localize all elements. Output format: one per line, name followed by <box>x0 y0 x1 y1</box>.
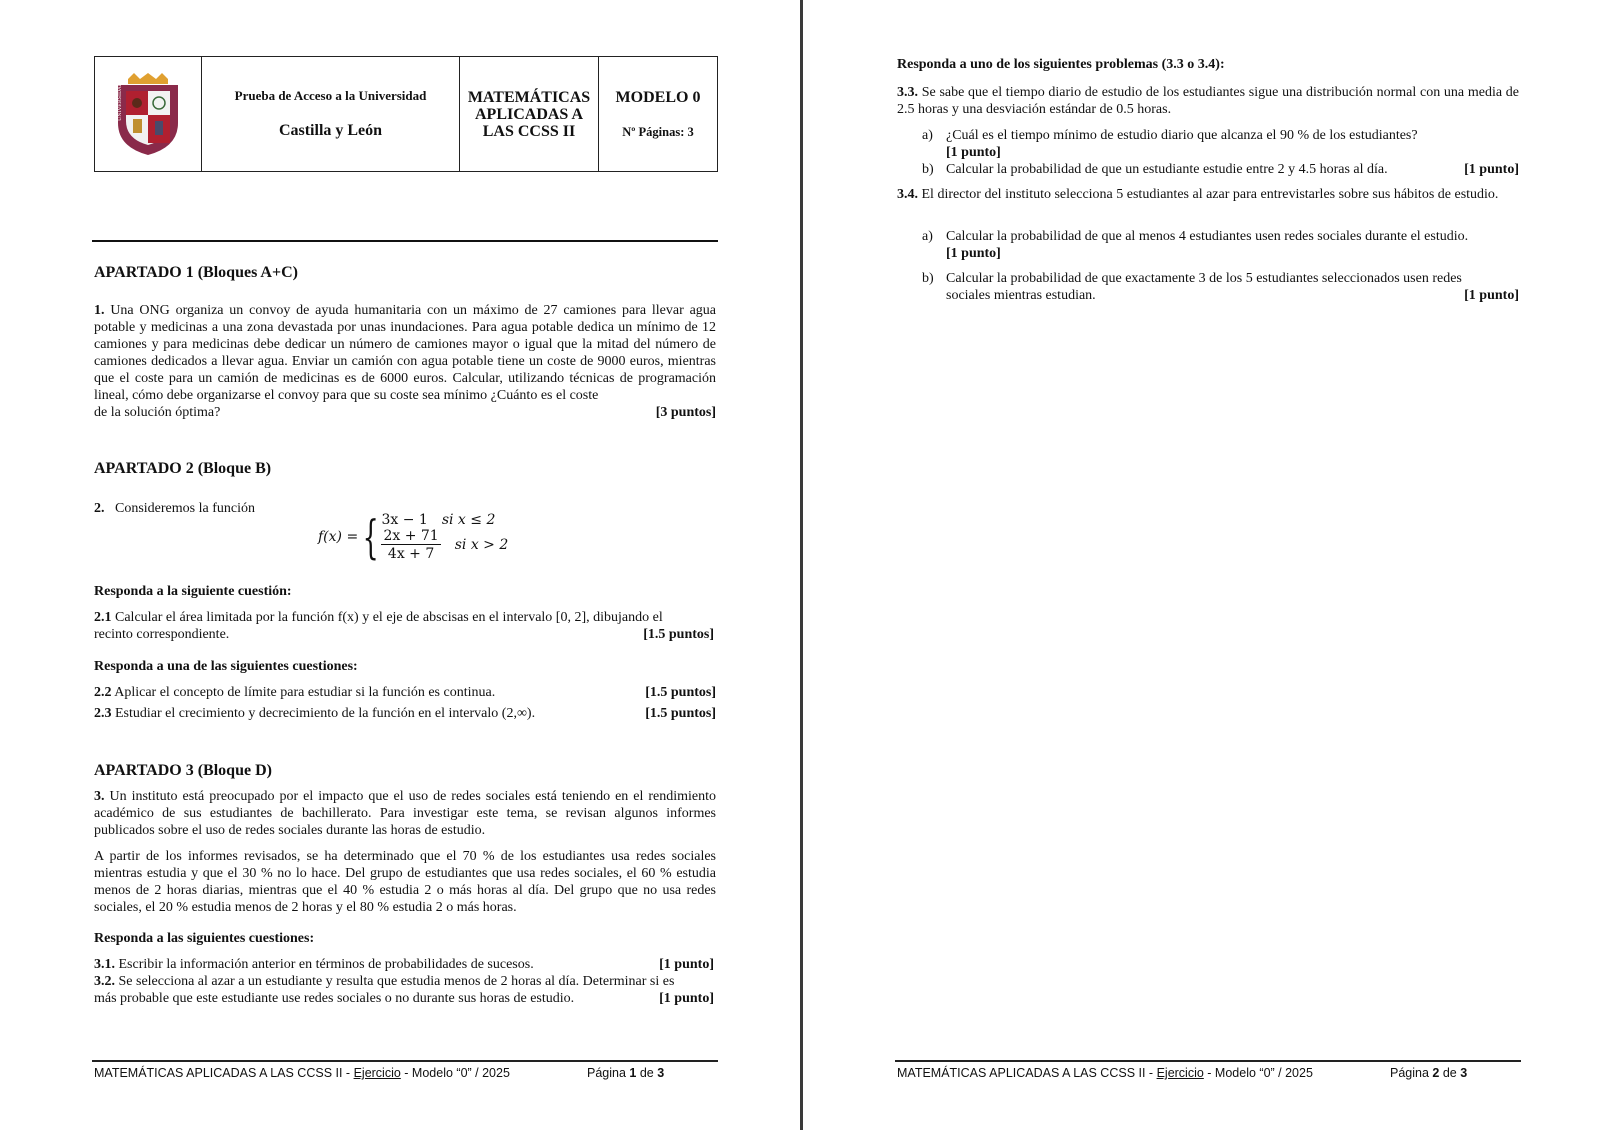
footer-page-number: Página 2 de 3 <box>1390 1066 1467 1080</box>
page-word: Página <box>1390 1066 1432 1080</box>
question-3-4: 3.4. El director del instituto seleccion… <box>897 186 1519 203</box>
question-3-3-number: 3.3. <box>897 85 918 100</box>
footer-model-year: - Modelo “0” / 2025 <box>401 1066 510 1080</box>
question-3-3-a-points: [1 punto] <box>946 145 1001 160</box>
question-3-2-text: Se selecciona al azar a un estudiante y … <box>119 974 675 989</box>
footer-model-year: - Modelo “0” / 2025 <box>1204 1066 1313 1080</box>
question-3-4-number: 3.4. <box>897 187 918 202</box>
page-word: Página <box>587 1066 629 1080</box>
instruction-answer-all: Responda a las siguientes cuestiones: <box>94 931 314 947</box>
question-3-3: 3.3. Se sabe que el tiempo diario de est… <box>897 84 1519 118</box>
page-total: 3 <box>1460 1066 1467 1080</box>
question-2-1: 2.1 Calcular el área limitada por la fun… <box>94 609 714 643</box>
instruction-answer-one-problem: Responda a uno de los siguientes problem… <box>897 57 1225 73</box>
question-3: 3. Un instituto está preocupado por el i… <box>94 788 716 839</box>
footer-subject: MATEMÁTICAS APLICADAS A LAS CCSS II - <box>897 1066 1157 1080</box>
question-2-3-points: [1.5 puntos] <box>645 705 716 722</box>
question-1: 1. Una ONG organiza un convoy de ayuda h… <box>94 302 716 421</box>
question-1-text: Una ONG organiza un convoy de ayuda huma… <box>94 303 716 403</box>
question-3-4-text: El director del instituto selecciona 5 e… <box>922 187 1499 202</box>
subject-line-1: MATEMÁTICAS <box>468 89 590 106</box>
question-2-1-text-end: recinto correspondiente. <box>94 626 229 643</box>
question-2-2-number: 2.2 <box>94 685 112 700</box>
question-3-4-a-text: Calcular la probabilidad de que al menos… <box>946 229 1468 244</box>
question-3-text: Un instituto está preocupado por el impa… <box>94 789 716 838</box>
footer-ejercicio-link[interactable]: Ejercicio <box>354 1066 401 1080</box>
subject-line-3: LAS CCSS II <box>483 123 575 140</box>
question-3-paragraph-2: A partir de los informes revisados, se h… <box>94 848 716 916</box>
section-2-title: APARTADO 2 (Bloque B) <box>94 460 271 478</box>
subject-cell: MATEMÁTICAS APLICADAS A LAS CCSS II <box>460 57 599 171</box>
question-3-1-number: 3.1. <box>94 957 115 972</box>
page-total: 3 <box>657 1066 664 1080</box>
question-2-3: 2.3 Estudiar el crecimiento y decrecimie… <box>94 705 716 722</box>
function-lhs: f(x) = <box>318 529 358 545</box>
item-label: a) <box>922 127 946 161</box>
question-1-points: [3 puntos] <box>656 404 716 421</box>
left-brace-icon: { <box>363 514 379 560</box>
question-2-1-text: Calcular el área limitada por la función… <box>115 610 663 625</box>
question-3-3-b-points: [1 punto] <box>1464 161 1519 178</box>
question-3-4-a-points: [1 punto] <box>946 246 1001 261</box>
case-2-condition: si x > 2 <box>455 537 509 553</box>
footer-page-number: Página 1 de 3 <box>587 1066 664 1080</box>
question-3-2-points: [1 punto] <box>659 990 714 1007</box>
question-3-4-b-text: Calcular la probabilidad de que exactame… <box>946 271 1462 286</box>
question-3-2: 3.2. Se selecciona al azar a un estudian… <box>94 973 716 1007</box>
question-3-number: 3. <box>94 789 105 804</box>
exam-header-table: UNIVERSIDADES Prueba de Acceso a la Univ… <box>94 56 718 172</box>
question-1-number: 1. <box>94 303 105 318</box>
instruction-answer-one-of: Responda a una de las siguientes cuestio… <box>94 659 358 675</box>
institution-line-1: Prueba de Acceso a la Universidad <box>235 88 427 104</box>
page-1: UNIVERSIDADES Prueba de Acceso a la Univ… <box>0 0 800 1130</box>
fraction-numerator: 2x + 71 <box>381 528 440 545</box>
question-3-4-b-text-end: sociales mientras estudian. <box>946 287 1096 304</box>
question-3-1: 3.1. Escribir la información anterior en… <box>94 956 714 973</box>
footer-subject: MATEMÁTICAS APLICADAS A LAS CCSS II - <box>94 1066 354 1080</box>
model-cell: MODELO 0 Nº Páginas: 3 <box>599 57 717 171</box>
section-3-title: APARTADO 3 (Bloque D) <box>94 762 272 780</box>
question-3-3-b: b) Calcular la probabilidad de que un es… <box>922 161 1519 178</box>
item-label: b) <box>922 161 946 178</box>
footer-left: MATEMÁTICAS APLICADAS A LAS CCSS II - Ej… <box>94 1066 510 1080</box>
question-2-intro: 2. Consideremos la función <box>94 500 255 517</box>
fraction-denominator: 4x + 7 <box>388 545 434 562</box>
case-2-fraction: 2x + 71 4x + 7 <box>381 528 440 562</box>
question-3-3-a-text: ¿Cuál es el tiempo mínimo de estudio dia… <box>946 128 1418 143</box>
question-3-4-b-points: [1 punto] <box>1464 287 1519 304</box>
question-3-1-text: Escribir la información anterior en térm… <box>119 957 534 972</box>
institution-cell: Prueba de Acceso a la Universidad Castil… <box>202 57 460 171</box>
question-3-2-number: 3.2. <box>94 974 115 989</box>
institution-line-2: Castilla y León <box>279 122 382 140</box>
case-2: 2x + 71 4x + 7 si x > 2 <box>381 528 508 562</box>
header-rule <box>92 240 718 242</box>
piecewise-function: f(x) = { 3x − 1 si x ≤ 2 2x + 71 4x + 7 … <box>318 512 508 562</box>
page-2: Responda a uno de los siguientes problem… <box>803 0 1600 1130</box>
question-3-3-a: a) ¿Cuál es el tiempo mínimo de estudio … <box>922 127 1519 161</box>
case-1-condition: si x ≤ 2 <box>442 512 496 528</box>
question-3-4-b: b) Calcular la probabilidad de que exact… <box>922 270 1519 304</box>
question-3-4-a: a) Calcular la probabilidad de que al me… <box>922 228 1519 262</box>
page-of: de <box>636 1066 657 1080</box>
model-label: MODELO 0 <box>616 89 701 107</box>
question-3-3-b-text: Calcular la probabilidad de que un estud… <box>946 161 1388 178</box>
item-label: b) <box>922 270 946 304</box>
university-crest-icon: UNIVERSIDADES <box>114 71 182 157</box>
question-1-text-end: de la solución óptima? <box>94 404 220 421</box>
case-1-expression: 3x − 1 <box>381 512 427 528</box>
question-2-2: 2.2 Aplicar el concepto de límite para e… <box>94 684 716 701</box>
question-3-1-points: [1 punto] <box>659 956 714 973</box>
question-2-2-text: Aplicar el concepto de límite para estud… <box>114 685 495 700</box>
question-3-2-text-end: más probable que este estudiante use red… <box>94 990 574 1007</box>
question-2-text: Consideremos la función <box>115 501 255 516</box>
question-2-number: 2. <box>94 501 105 516</box>
subject-line-2: APLICADAS A <box>475 106 583 123</box>
page-of: de <box>1439 1066 1460 1080</box>
footer-ejercicio-link[interactable]: Ejercicio <box>1157 1066 1204 1080</box>
case-1: 3x − 1 si x ≤ 2 <box>381 512 508 528</box>
question-2-1-points: [1.5 puntos] <box>643 626 714 643</box>
section-1-title: APARTADO 1 (Bloques A+C) <box>94 264 298 282</box>
question-3-3-text: Se sabe que el tiempo diario de estudio … <box>897 85 1519 117</box>
instruction-answer-one: Responda a la siguiente cuestión: <box>94 584 292 600</box>
question-2-2-points: [1.5 puntos] <box>645 684 716 701</box>
footer-rule <box>895 1060 1521 1062</box>
question-2-1-number: 2.1 <box>94 610 112 625</box>
logo-cell: UNIVERSIDADES <box>95 57 202 171</box>
footer-rule <box>92 1060 718 1062</box>
question-2-3-number: 2.3 <box>94 706 112 721</box>
footer-left: MATEMÁTICAS APLICADAS A LAS CCSS II - Ej… <box>897 1066 1313 1080</box>
page-count: Nº Páginas: 3 <box>622 125 694 140</box>
svg-text:UNIVERSIDADES: UNIVERSIDADES <box>117 75 123 121</box>
question-2-3-text: Estudiar el crecimiento y decrecimiento … <box>115 706 535 721</box>
item-label: a) <box>922 228 946 262</box>
